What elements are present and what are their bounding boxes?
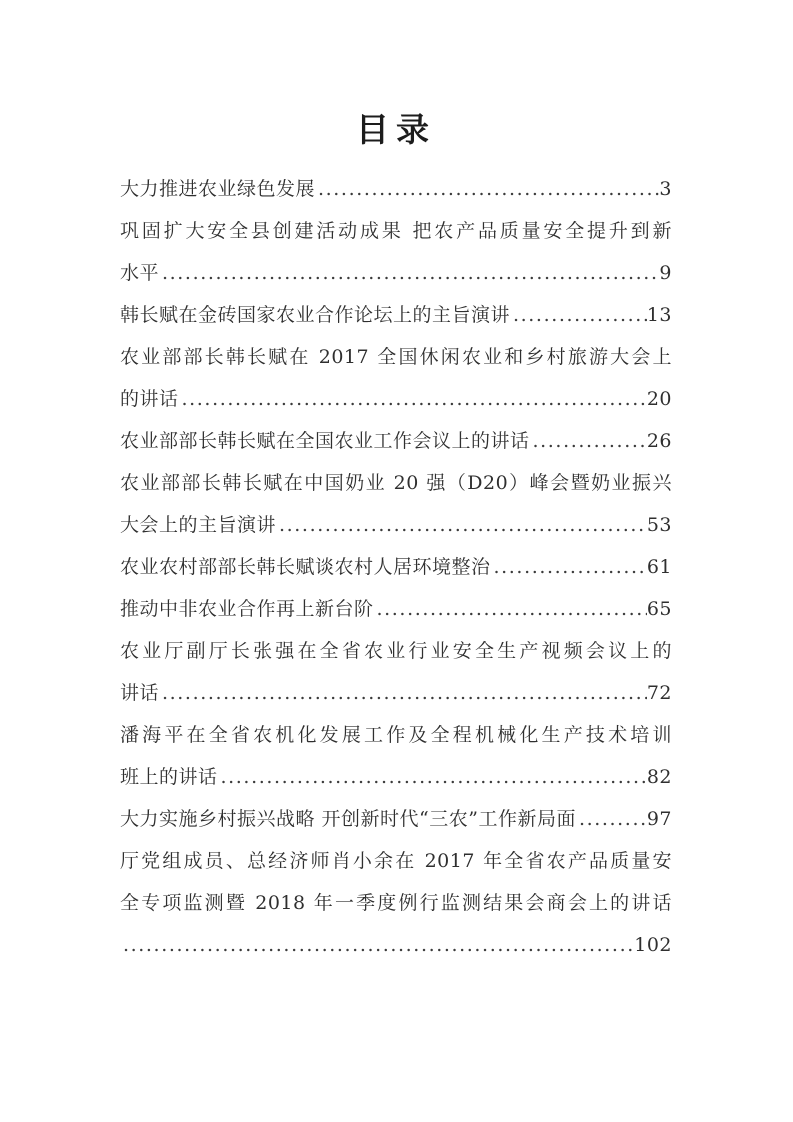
toc-entry-text: 农业部部长韩长赋在中国奶业 20 强（D20）峰会暨奶业振兴 [120,462,672,504]
leader-dots: ........................................… [576,798,647,840]
toc-page-number: 82 [647,756,672,798]
toc-entry-text: 韩长赋在金砖国家农业合作论坛上的主旨演讲 [120,294,510,336]
toc-entry-lastline: 班上的讲话...................................… [120,756,672,798]
leader-dots: ........................................… [510,294,647,336]
toc-page-number: 26 [647,420,672,462]
toc-entry-text: 厅党组成员、总经济师肖小余在 2017 年全省农产品质量安 [120,840,672,882]
toc-entry-text: 的讲话 [120,378,179,420]
toc-page-number: 65 [647,588,672,630]
toc-entry-lastline: 大力实施乡村振兴战略 开创新时代“三农”工作新局面...............… [120,798,672,840]
toc-page-number: 9 [659,252,672,294]
toc-entry[interactable]: 农业部部长韩长赋在全国农业工作会议上的讲话...................… [120,420,672,462]
leader-dots: ........................................… [315,168,659,210]
toc-entry-text: 全专项监测暨 2018 年一季度例行监测结果会商会上的讲话 [120,882,672,924]
leader-dots: ........................................… [179,378,647,420]
toc-page-number: 102 [634,924,672,966]
toc-entry-lastline: 农业农村部部长韩长赋谈农村人居环境整治.....................… [120,546,672,588]
leader-dots: ........................................… [530,420,647,462]
leader-dots: ........................................… [120,924,634,966]
toc-entry-text: 班上的讲话 [120,756,218,798]
toc-entry[interactable]: 大力推进农业绿色发展..............................… [120,168,672,210]
toc-page-number: 72 [647,672,672,714]
toc-entry-lastline: 韩长赋在金砖国家农业合作论坛上的主旨演讲....................… [120,294,672,336]
toc-entry[interactable]: 农业部部长韩长赋在中国奶业 20 强（D20）峰会暨奶业振兴大会上的主旨演讲..… [120,462,672,546]
toc-entry-text: 农业农村部部长韩长赋谈农村人居环境整治 [120,546,491,588]
toc-page-number: 53 [647,504,672,546]
toc-entry-text: 大会上的主旨演讲 [120,504,276,546]
toc-entry-text: 潘海平在全省农机化发展工作及全程机械化生产技术培训 [120,714,672,756]
toc-entry-lastline: ........................................… [120,924,672,966]
toc-entry[interactable]: 农业农村部部长韩长赋谈农村人居环境整治.....................… [120,546,672,588]
toc-page-number: 20 [647,378,672,420]
toc-entry[interactable]: 推动中非农业合作再上新台阶...........................… [120,588,672,630]
toc-page-number: 3 [659,168,672,210]
toc-list: 大力推进农业绿色发展..............................… [120,168,672,966]
toc-entry[interactable]: 潘海平在全省农机化发展工作及全程机械化生产技术培训班上的讲话..........… [120,714,672,798]
leader-dots: ........................................… [159,252,659,294]
toc-entry-lastline: 大会上的主旨演讲................................… [120,504,672,546]
toc-entry-text: 讲话 [120,672,159,714]
toc-entry-lastline: 推动中非农业合作再上新台阶...........................… [120,588,672,630]
toc-entry-text: 巩固扩大安全县创建活动成果 把农产品质量安全提升到新 [120,210,672,252]
toc-entry-lastline: 讲话......................................… [120,672,672,714]
leader-dots: ........................................… [374,588,647,630]
toc-entry-lastline: 的讲话.....................................… [120,378,672,420]
leader-dots: ........................................… [218,756,647,798]
toc-entry[interactable]: 厅党组成员、总经济师肖小余在 2017 年全省农产品质量安全专项监测暨 2018… [120,840,672,966]
toc-entry-text: 水平 [120,252,159,294]
document-page: 目录 大力推进农业绿色发展...........................… [0,0,793,1122]
toc-entry-text: 大力推进农业绿色发展 [120,168,315,210]
toc-entry-lastline: 水平......................................… [120,252,672,294]
toc-entry-text: 农业厅副厅长张强在全省农业行业安全生产视频会议上的 [120,630,672,672]
toc-entry-text: 推动中非农业合作再上新台阶 [120,588,374,630]
leader-dots: ........................................… [159,672,647,714]
toc-entry[interactable]: 农业部部长韩长赋在 2017 全国休闲农业和乡村旅游大会上的讲话........… [120,336,672,420]
toc-entry-text: 大力实施乡村振兴战略 开创新时代“三农”工作新局面 [120,798,576,840]
toc-entry[interactable]: 巩固扩大安全县创建活动成果 把农产品质量安全提升到新水平............… [120,210,672,294]
page-title: 目录 [120,108,672,152]
toc-page-number: 61 [647,546,672,588]
toc-entry[interactable]: 农业厅副厅长张强在全省农业行业安全生产视频会议上的讲话.............… [120,630,672,714]
toc-page-number: 97 [647,798,672,840]
leader-dots: ........................................… [276,504,647,546]
toc-entry-lastline: 大力推进农业绿色发展..............................… [120,168,672,210]
toc-entry-lastline: 农业部部长韩长赋在全国农业工作会议上的讲话...................… [120,420,672,462]
toc-entry-text: 农业部部长韩长赋在全国农业工作会议上的讲话 [120,420,530,462]
leader-dots: ........................................… [491,546,647,588]
toc-entry[interactable]: 韩长赋在金砖国家农业合作论坛上的主旨演讲....................… [120,294,672,336]
toc-entry-text: 农业部部长韩长赋在 2017 全国休闲农业和乡村旅游大会上 [120,336,672,378]
toc-entry[interactable]: 大力实施乡村振兴战略 开创新时代“三农”工作新局面...............… [120,798,672,840]
toc-page-number: 13 [647,294,672,336]
